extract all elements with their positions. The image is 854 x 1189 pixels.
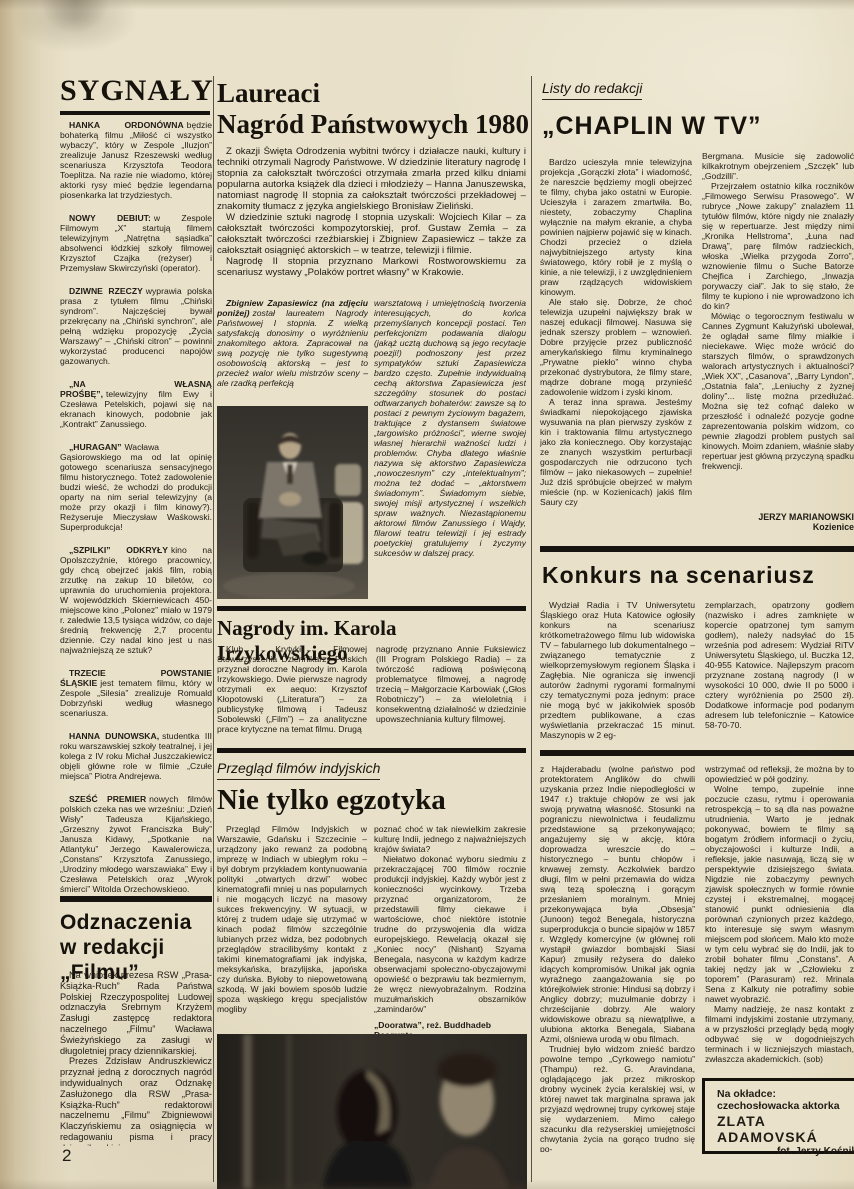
laureaci-note-col1: Zbigniew Zapasiewicz (na zdjęciu poniżej… bbox=[217, 298, 368, 402]
sygnaly-title: SYGNAŁY bbox=[60, 74, 210, 115]
section-rule bbox=[217, 606, 526, 611]
magazine-page: { "theme": { "paper": "#e8e0c9", "ink": … bbox=[0, 0, 854, 1189]
laureaci-title-line2: Nagród Państwowych 1980 bbox=[217, 109, 529, 140]
column-divider bbox=[213, 76, 214, 1182]
egzotyka-kicker: Przegląd filmów indyjskich bbox=[217, 760, 380, 780]
paragraph: Wolne tempo, zupełnie inne poczucie czas… bbox=[705, 784, 854, 1004]
news-item-lead: „HURAGAN” bbox=[69, 442, 122, 452]
news-item-text: nowych filmów polskich czeka nas we wrze… bbox=[60, 794, 212, 892]
laureaci-note-col2: warsztatową i umiejętnością tworzenia in… bbox=[374, 298, 526, 604]
sygnaly-items: HANKA ORDONÓWNAbędzie bohaterką filmu „M… bbox=[60, 120, 212, 892]
news-item-text: będzie bohaterką filmu „Miłość ci wszyst… bbox=[60, 120, 212, 200]
paragraph: nagrodę przyznano Annie Fuksiewicz (III … bbox=[376, 644, 526, 724]
paragraph: Niełatwo dokonać wyboru siedmiu z przekr… bbox=[374, 854, 526, 1014]
signature-city: Kozienice bbox=[702, 522, 854, 532]
laureaci-title-line1: Laureaci bbox=[217, 78, 529, 109]
egzotyka-col3: z Hajderabadu (wolne państwo pod protekt… bbox=[540, 764, 695, 1152]
konkurs-col1: Wydział Radia i TV Uniwersytetu Śląskieg… bbox=[540, 600, 695, 746]
column-divider bbox=[531, 76, 532, 1182]
page-number: 2 bbox=[62, 1146, 71, 1166]
news-item: „SZPILKI” ODKRYŁYkino na Opolszczyźnie, … bbox=[60, 545, 212, 655]
odznaczenia-title-line1: Odznaczenia bbox=[60, 910, 220, 935]
paragraph: Mamy nadzieję, że nasz kontakt z filmami… bbox=[705, 1004, 854, 1064]
irzykowski-col2: nagrodę przyznano Annie Fuksiewicz (III … bbox=[376, 644, 526, 744]
paragraph: Trudniej było widzom znieść bardzo powol… bbox=[540, 1044, 695, 1152]
paragraph: A teraz inna sprawa. Jesteśmy świadkami … bbox=[540, 397, 692, 507]
news-item-lead: SZEŚĆ PREMIER bbox=[69, 794, 146, 804]
cover-photo-credit: fot. Jerzy Kośnik bbox=[717, 1146, 854, 1157]
paragraph: Ale stało się. Dobrze, że choć telewizja… bbox=[540, 297, 692, 397]
odznaczenia-text: Na wniosek prezesa RSW „Prasa-Książka-Ru… bbox=[60, 970, 212, 1146]
listy-kicker: Listy do redakcji bbox=[542, 80, 642, 100]
paragraph: Nagrodę II stopnia przyznano Markowi Ros… bbox=[217, 256, 526, 278]
paragraph: Bergmana. Musicie się zadowolić kilkakro… bbox=[702, 151, 854, 181]
paragraph: wstrzymać od refleksji, że można by to o… bbox=[705, 764, 854, 784]
laureaci-title: Laureaci Nagród Państwowych 1980 bbox=[217, 78, 529, 140]
news-item-text: wyprawia polska prasa z tytułem filmu „C… bbox=[60, 286, 212, 366]
news-item: „NA WŁASNĄ PROŚBĘ”,telewizyjny film Ewy … bbox=[60, 379, 212, 429]
signature-name: JERZY MARIANOWSKI bbox=[702, 512, 854, 522]
letter-signature: JERZY MARIANOWSKI Kozienice bbox=[702, 512, 854, 532]
news-item: TRZECIE POWSTANIE ŚLĄSKIEjest tematem fi… bbox=[60, 668, 212, 718]
egzotyka-col1: Przegląd Filmów Indyjskich w Warszawie, … bbox=[217, 824, 367, 1022]
section-rule bbox=[217, 748, 526, 753]
paragraph: Przejrzałem ostatnio kilka roczników „Fi… bbox=[702, 181, 854, 311]
laureaci-intro: Z okazji Święta Odrodzenia wybitni twórc… bbox=[217, 146, 526, 294]
news-item-lead: DZIWNE RZECZY bbox=[69, 286, 143, 296]
section-rule bbox=[60, 896, 212, 902]
film-still-photo bbox=[217, 1034, 527, 1189]
paragraph: Klub Krytyki Filmowej Stowarzyszenia Dzi… bbox=[217, 644, 367, 734]
news-item: DZIWNE RZECZYwyprawia polska prasa z tyt… bbox=[60, 286, 212, 366]
news-item: „HURAGAN”Wacława Gąsiorowskiego ma od la… bbox=[60, 442, 212, 532]
egzotyka-kicker-wrap: Przegląd filmów indyjskich bbox=[217, 760, 380, 780]
news-item-lead: HANNA DUNOWSKA, bbox=[69, 731, 159, 741]
cover-line2: czechosłowacka aktorka bbox=[717, 1100, 854, 1112]
listy-col2: Bergmana. Musicie się zadowolić kilkakro… bbox=[702, 151, 854, 507]
paper-stain bbox=[40, 0, 110, 34]
paragraph: Mówiąc o tegorocznym festiwalu w Cannes … bbox=[702, 311, 854, 471]
paragraph: Z okazji Święta Odrodzenia wybitni twórc… bbox=[217, 146, 526, 212]
news-item-lead: „SZPILKI” ODKRYŁY bbox=[69, 545, 168, 555]
listy-kicker-wrap: Listy do redakcji bbox=[542, 80, 642, 100]
paragraph: Wydział Radia i TV Uniwersytetu Śląskieg… bbox=[540, 600, 695, 740]
news-item-text: kino na Opolszczyźnie, którego pracownic… bbox=[60, 545, 212, 655]
news-item: HANNA DUNOWSKA,studentka III roku warsza… bbox=[60, 731, 212, 781]
egzotyka-title: Nie tylko egzotyka bbox=[217, 784, 529, 817]
konkurs-col2: zemplarzach, opatrzony godłem (nazwisko … bbox=[705, 600, 854, 746]
egzotyka-col4: wstrzymać od refleksji, że można by to o… bbox=[705, 764, 854, 1064]
listy-col1: Bardzo ucieszyła mnie telewizyjna projek… bbox=[540, 157, 692, 545]
news-item: SZEŚĆ PREMIERnowych filmów polskich czek… bbox=[60, 794, 212, 892]
paragraph: Na wniosek prezesa RSW „Prasa-Książka-Ru… bbox=[60, 970, 212, 1056]
cover-actress-name: ZLATA ADAMOVSKÁ bbox=[717, 1113, 854, 1145]
paragraph: Prezes Zdzisław Andruszkiewicz przyznał … bbox=[60, 1056, 212, 1146]
news-item-lead: NOWY DEBIUT: bbox=[69, 213, 151, 223]
paragraph: Przegląd Filmów Indyjskich w Warszawie, … bbox=[217, 824, 367, 1014]
paragraph: zemplarzach, opatrzony godłem (nazwisko … bbox=[705, 600, 854, 730]
paragraph: Bardzo ucieszyła mnie telewizyjna projek… bbox=[540, 157, 692, 297]
paragraph: z Hajderabadu (wolne państwo pod protekt… bbox=[540, 764, 695, 1044]
konkurs-title: Konkurs na scenariusz bbox=[542, 562, 854, 589]
cover-line1: Na okładce: bbox=[717, 1088, 854, 1100]
news-item-text: Wacława Gąsiorowskiego ma od lat opinię … bbox=[60, 442, 212, 532]
paragraph: poznać choć w tak niewielkim zakresie ku… bbox=[374, 824, 526, 854]
news-item: NOWY DEBIUT:w Zespole Filmowym „X” start… bbox=[60, 213, 212, 273]
zapasiewicz-photo bbox=[217, 406, 368, 599]
section-rule bbox=[540, 546, 854, 552]
paper-edge-shadow bbox=[0, 0, 854, 10]
news-item-lead: HANKA ORDONÓWNA bbox=[69, 120, 184, 130]
paragraph: W dziedzinie sztuki nagrodę I stopnia uz… bbox=[217, 212, 526, 256]
egzotyka-col2: poznać choć w tak niewielkim zakresie ku… bbox=[374, 824, 526, 1016]
section-rule bbox=[540, 750, 854, 756]
paragraph: warsztatową i umiejętnością tworzenia in… bbox=[374, 298, 526, 558]
note-text: został laureatem Nagrody Państwowej I st… bbox=[217, 308, 368, 388]
irzykowski-col1: Klub Krytyki Filmowej Stowarzyszenia Dzi… bbox=[217, 644, 367, 744]
news-item: HANKA ORDONÓWNAbędzie bohaterką filmu „M… bbox=[60, 120, 212, 200]
chaplin-title: „CHAPLIN W TV” bbox=[542, 112, 854, 141]
cover-credit-box: Na okładce: czechosłowacka aktorka ZLATA… bbox=[702, 1078, 854, 1154]
